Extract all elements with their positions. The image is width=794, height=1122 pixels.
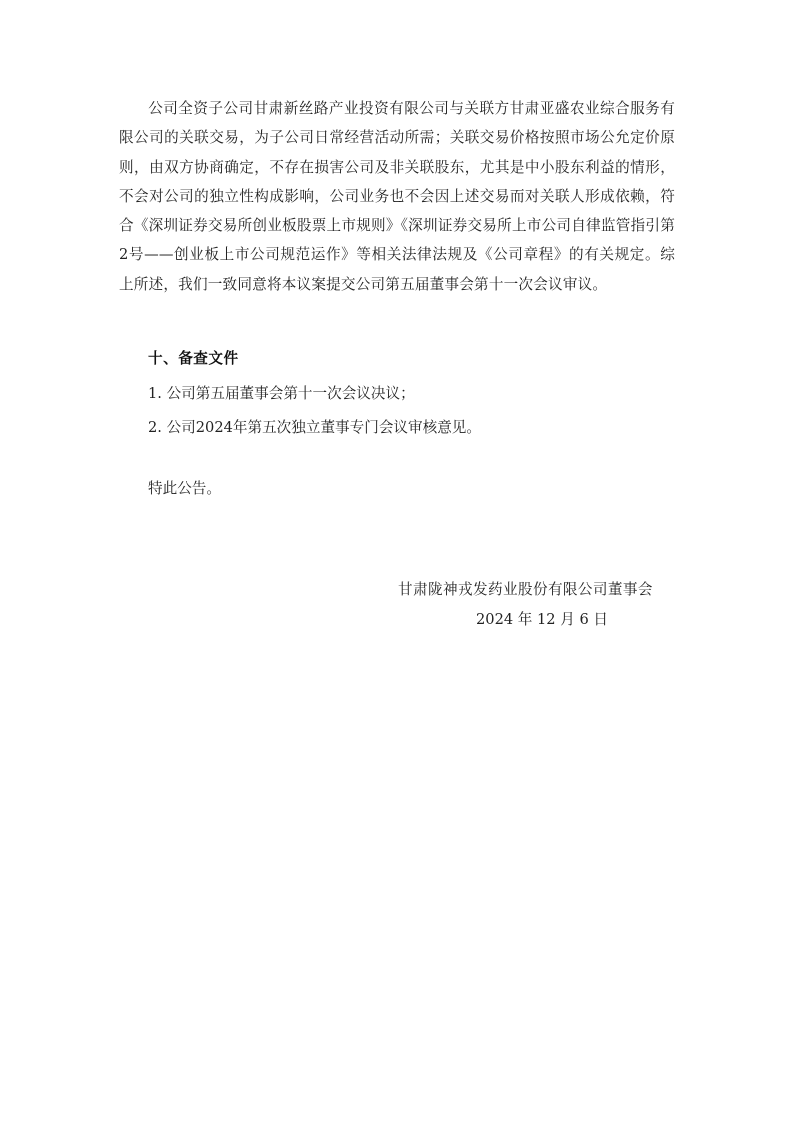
list-item: 2. 公司2024年第五次独立董事专门会议审核意见。 xyxy=(148,413,481,443)
signature-block: 甘肃陇神戎发药业股份有限公司董事会 2024 年 12 月 6 日 xyxy=(398,575,678,634)
reference-files-list: 1. 公司第五届董事会第十一次会议决议； 2. 公司2024年第五次独立董事专门… xyxy=(148,379,481,446)
closing-statement: 特此公告。 xyxy=(148,474,221,503)
signature-organization: 甘肃陇神戎发药业股份有限公司董事会 xyxy=(398,575,678,605)
signature-date: 2024 年 12 月 6 日 xyxy=(398,605,678,635)
list-item: 1. 公司第五届董事会第十一次会议决议； xyxy=(148,379,481,409)
related-transaction-paragraph: 公司全资子公司甘肃新丝路产业投资有限公司与关联方甘肃亚盛农业综合服务有限公司的关… xyxy=(119,94,675,299)
section-heading-reference-files: 十、备查文件 xyxy=(148,344,239,373)
document-page: 公司全资子公司甘肃新丝路产业投资有限公司与关联方甘肃亚盛农业综合服务有限公司的关… xyxy=(0,0,794,1122)
body-text: 公司全资子公司甘肃新丝路产业投资有限公司与关联方甘肃亚盛农业综合服务有限公司的关… xyxy=(119,94,675,299)
